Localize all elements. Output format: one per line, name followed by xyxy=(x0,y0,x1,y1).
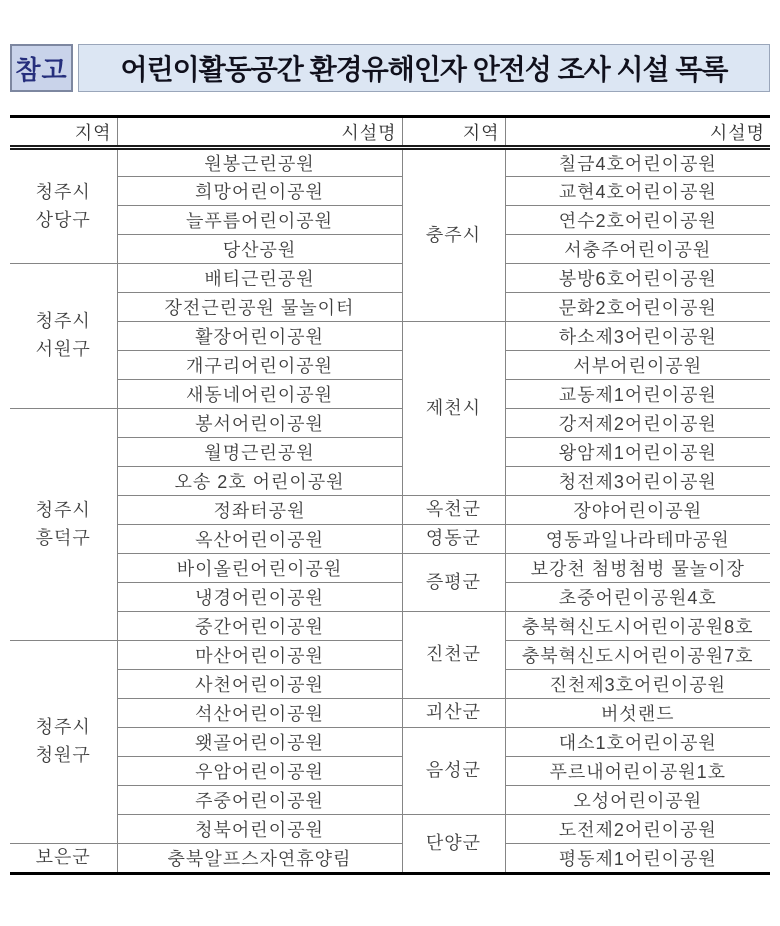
facility-cell: 교동제1어린이공원 xyxy=(505,380,770,409)
facility-cell: 평동제1어린이공원 xyxy=(505,844,770,874)
facility-cell: 왕암제1어린이공원 xyxy=(505,438,770,467)
facility-cell: 진천제3호어린이공원 xyxy=(505,670,770,699)
facility-cell: 청북어린이공원 xyxy=(117,815,402,844)
facility-cell: 우암어린이공원 xyxy=(117,757,402,786)
region-cell-right: 단양군 xyxy=(402,815,505,874)
facility-cell: 희망어린이공원 xyxy=(117,177,402,206)
facility-cell: 보강천 첨벙첨벙 물놀이장 xyxy=(505,554,770,583)
region-cell-right: 음성군 xyxy=(402,728,505,815)
table-row: 바이올린어린이공원증평군보강천 첨벙첨벙 물놀이장 xyxy=(10,554,770,583)
facility-cell: 청전제3어린이공원 xyxy=(505,467,770,496)
facility-cell: 냉경어린이공원 xyxy=(117,583,402,612)
table-row: 냉경어린이공원초중어린이공원4호 xyxy=(10,583,770,612)
facility-cell: 월명근린공원 xyxy=(117,438,402,467)
table-row: 당산공원서충주어린이공원 xyxy=(10,235,770,264)
table-row: 보은군충북알프스자연휴양림평동제1어린이공원 xyxy=(10,844,770,874)
facility-cell: 연수2호어린이공원 xyxy=(505,206,770,235)
facility-cell: 봉방6호어린이공원 xyxy=(505,264,770,293)
table-row: 청북어린이공원단양군도전제2어린이공원 xyxy=(10,815,770,844)
facility-cell: 봉서어린이공원 xyxy=(117,409,402,438)
region-cell-right: 진천군 xyxy=(402,612,505,699)
facility-cell: 배티근린공원 xyxy=(117,264,402,293)
region-cell-left: 청주시 서원구 xyxy=(10,264,117,409)
region-cell-right: 영동군 xyxy=(402,525,505,554)
table-row: 왯골어린이공원음성군대소1호어린이공원 xyxy=(10,728,770,757)
table-row: 주중어린이공원오성어린이공원 xyxy=(10,786,770,815)
facility-cell: 주중어린이공원 xyxy=(117,786,402,815)
column-header-3: 시설명 xyxy=(505,117,770,148)
facility-cell: 하소제3어린이공원 xyxy=(505,322,770,351)
facility-cell: 버섯랜드 xyxy=(505,699,770,728)
facility-cell: 늘푸름어린이공원 xyxy=(117,206,402,235)
facility-cell: 활장어린이공원 xyxy=(117,322,402,351)
facility-cell: 장전근린공원 물놀이터 xyxy=(117,293,402,322)
facility-cell: 오성어린이공원 xyxy=(505,786,770,815)
facility-cell: 교현4호어린이공원 xyxy=(505,177,770,206)
region-cell-right: 옥천군 xyxy=(402,496,505,525)
facility-cell: 푸르내어린이공원1호 xyxy=(505,757,770,786)
table-row: 오송 2호 어린이공원청전제3어린이공원 xyxy=(10,467,770,496)
region-cell-right: 충주시 xyxy=(402,148,505,322)
title-strip: 참고 어린이활동공간 환경유해인자 안전성 조사 시설 목록 xyxy=(10,44,770,92)
facility-cell: 왯골어린이공원 xyxy=(117,728,402,757)
region-cell-left: 보은군 xyxy=(10,844,117,874)
facility-table-body: 청주시 상당구원봉근린공원충주시칠금4호어린이공원희망어린이공원교현4호어린이공… xyxy=(10,148,770,874)
facility-table: 지역시설명지역시설명 청주시 상당구원봉근린공원충주시칠금4호어린이공원희망어린… xyxy=(10,115,770,875)
facility-cell: 새동네어린이공원 xyxy=(117,380,402,409)
facility-cell: 강저제2어린이공원 xyxy=(505,409,770,438)
table-row: 새동네어린이공원교동제1어린이공원 xyxy=(10,380,770,409)
region-cell-right: 증평군 xyxy=(402,554,505,612)
table-row: 희망어린이공원교현4호어린이공원 xyxy=(10,177,770,206)
table-row: 청주시 상당구원봉근린공원충주시칠금4호어린이공원 xyxy=(10,148,770,177)
facility-cell: 대소1호어린이공원 xyxy=(505,728,770,757)
table-row: 정좌터공원옥천군장야어린이공원 xyxy=(10,496,770,525)
reference-badge: 참고 xyxy=(10,44,73,92)
page-title: 어린이활동공간 환경유해인자 안전성 조사 시설 목록 xyxy=(78,44,770,92)
table-row: 옥산어린이공원영동군영동과일나라테마공원 xyxy=(10,525,770,554)
facility-cell: 문화2호어린이공원 xyxy=(505,293,770,322)
facility-cell: 당산공원 xyxy=(117,235,402,264)
region-cell-left: 청주시 흥덕구 xyxy=(10,409,117,641)
facility-cell: 마산어린이공원 xyxy=(117,641,402,670)
facility-cell: 장야어린이공원 xyxy=(505,496,770,525)
column-header-2: 지역 xyxy=(402,117,505,148)
facility-cell: 중간어린이공원 xyxy=(117,612,402,641)
facility-cell: 석산어린이공원 xyxy=(117,699,402,728)
facility-cell: 서부어린이공원 xyxy=(505,351,770,380)
facility-cell: 정좌터공원 xyxy=(117,496,402,525)
facility-cell: 바이올린어린이공원 xyxy=(117,554,402,583)
facility-cell: 개구리어린이공원 xyxy=(117,351,402,380)
table-row: 장전근린공원 물놀이터문화2호어린이공원 xyxy=(10,293,770,322)
region-cell-left: 청주시 청원구 xyxy=(10,641,117,844)
facility-cell: 서충주어린이공원 xyxy=(505,235,770,264)
region-cell-right: 제천시 xyxy=(402,322,505,496)
facility-cell: 도전제2어린이공원 xyxy=(505,815,770,844)
facility-cell: 충북알프스자연휴양림 xyxy=(117,844,402,874)
facility-cell: 옥산어린이공원 xyxy=(117,525,402,554)
region-cell-left: 청주시 상당구 xyxy=(10,148,117,264)
facility-cell: 사천어린이공원 xyxy=(117,670,402,699)
column-header-1: 시설명 xyxy=(117,117,402,148)
table-row: 개구리어린이공원서부어린이공원 xyxy=(10,351,770,380)
column-header-0: 지역 xyxy=(10,117,117,148)
table-row: 청주시 서원구배티근린공원봉방6호어린이공원 xyxy=(10,264,770,293)
document-page: 참고 어린이활동공간 환경유해인자 안전성 조사 시설 목록 지역시설명지역시설… xyxy=(0,0,780,875)
region-cell-right: 괴산군 xyxy=(402,699,505,728)
facility-cell: 오송 2호 어린이공원 xyxy=(117,467,402,496)
table-row: 늘푸름어린이공원연수2호어린이공원 xyxy=(10,206,770,235)
table-row: 석산어린이공원괴산군버섯랜드 xyxy=(10,699,770,728)
facility-table-header: 지역시설명지역시설명 xyxy=(10,117,770,148)
table-row: 중간어린이공원진천군충북혁신도시어린이공원8호 xyxy=(10,612,770,641)
facility-cell: 원봉근린공원 xyxy=(117,148,402,177)
facility-cell: 칠금4호어린이공원 xyxy=(505,148,770,177)
table-row: 우암어린이공원푸르내어린이공원1호 xyxy=(10,757,770,786)
table-row: 월명근린공원왕암제1어린이공원 xyxy=(10,438,770,467)
facility-cell: 충북혁신도시어린이공원8호 xyxy=(505,612,770,641)
table-row: 청주시 흥덕구봉서어린이공원강저제2어린이공원 xyxy=(10,409,770,438)
table-row: 사천어린이공원진천제3호어린이공원 xyxy=(10,670,770,699)
facility-cell: 초중어린이공원4호 xyxy=(505,583,770,612)
facility-cell: 충북혁신도시어린이공원7호 xyxy=(505,641,770,670)
facility-cell: 영동과일나라테마공원 xyxy=(505,525,770,554)
table-row: 활장어린이공원제천시하소제3어린이공원 xyxy=(10,322,770,351)
table-row: 청주시 청원구마산어린이공원충북혁신도시어린이공원7호 xyxy=(10,641,770,670)
